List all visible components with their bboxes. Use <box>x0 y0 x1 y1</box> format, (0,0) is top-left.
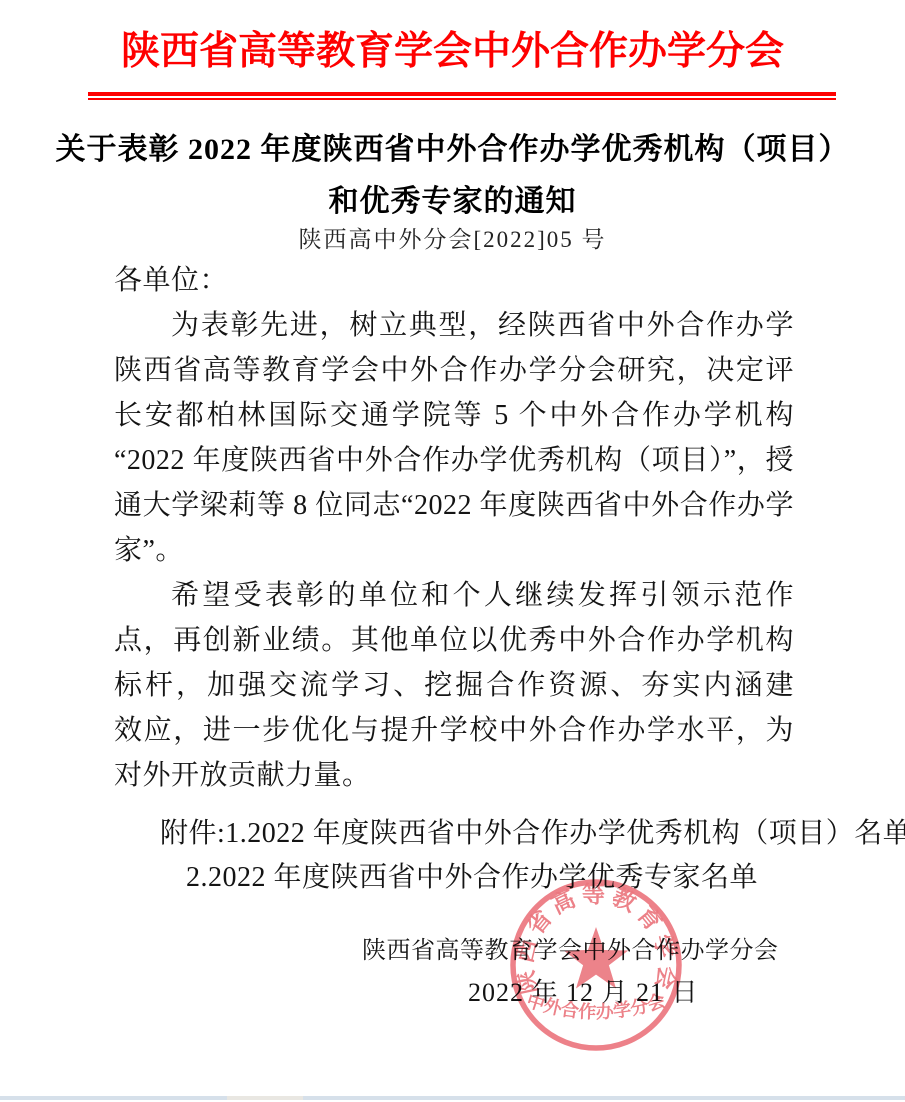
body-line: 效应，进一步优化与提升学校中外合作办学水平，为陕西省教育 <box>114 708 794 753</box>
attachment-line-2: 2.2022 年度陕西省中外合作办学优秀专家名单 <box>186 855 758 895</box>
body-line: 通大学梁莉等 8 位同志“2022 年度陕西省中外合作办学优秀专 <box>114 483 794 528</box>
signature-org: 陕西省高等教育学会中外合作办学分会 <box>362 930 779 965</box>
doc-number: 陕西高中外分会[2022]05 号 <box>0 221 905 254</box>
horizontal-scrollbar[interactable] <box>0 1096 905 1100</box>
document-page: 陕西省高等教育学会中外合作办学分会 关于表彰 2022 年度陕西省中外合作办学优… <box>0 0 905 1102</box>
body-line: 为表彰先进，树立典型，经陕西省中外合作办学专家组评审， <box>114 303 794 348</box>
divider-thin-line <box>88 98 836 100</box>
signature-date: 2022 年 12 月 21 日 <box>468 972 699 1009</box>
body-line: 家”。 <box>114 528 794 573</box>
horizontal-scrollbar-thumb[interactable] <box>227 1096 303 1100</box>
official-seal-stamp: 陕西省高等教育学会 中外合作办学分会 <box>506 877 686 1055</box>
seal-ring <box>513 882 679 1048</box>
body-line: 对外开放贡献力量。 <box>114 753 794 798</box>
body-line: 长安都柏林国际交通学院等 5 个中外合作办学机构（项目）为 <box>114 393 794 438</box>
body-line: “2022 年度陕西省中外合作办学优秀机构（项目）”，授予西安交 <box>114 438 794 483</box>
attachment-line-1: 附件:1.2022 年度陕西省中外合作办学优秀机构（项目）名单 <box>160 811 905 851</box>
body-line: 标杆，加强交流学习、挖掘合作资源、夯实内涵建设、扩大辐射 <box>114 663 794 708</box>
body-line: 点，再创新业绩。其他单位以优秀中外合作办学机构（项目）为 <box>114 618 794 663</box>
body-line: 希望受表彰的单位和个人继续发挥引领示范作用，立足新起 <box>114 573 794 618</box>
letterhead-divider <box>88 92 836 100</box>
notice-title-line2: 和优秀专家的通知 <box>0 176 905 220</box>
letterhead-org-name: 陕西省高等教育学会中外合作办学分会 <box>0 20 905 76</box>
body-line: 陕西省高等教育学会中外合作办学分会研究，决定评选长安大学 <box>114 348 794 393</box>
notice-body: 各单位： 为表彰先进，树立典型，经陕西省中外合作办学专家组评审， 陕西省高等教育… <box>114 258 794 798</box>
notice-title-line1: 关于表彰 2022 年度陕西省中外合作办学优秀机构（项目） <box>0 124 905 168</box>
salutation: 各单位： <box>114 258 794 303</box>
